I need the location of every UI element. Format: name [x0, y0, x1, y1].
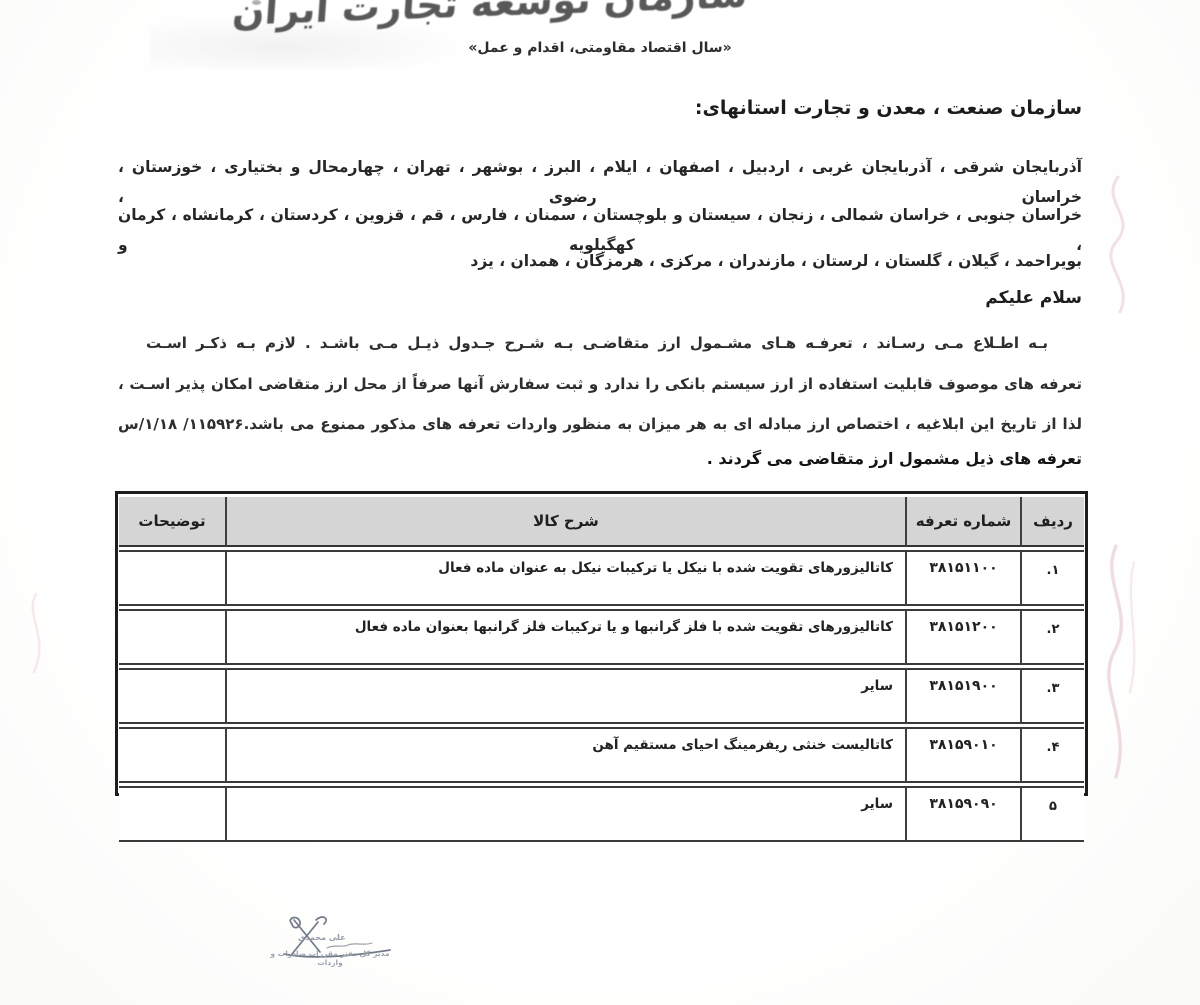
letterhead-motto: «سال اقتصاد مقاومتی، اقدام و عمل»	[118, 40, 1082, 56]
table-header-row: ردیف شماره تعرفه شرح کالا توضیحات	[119, 497, 1084, 547]
tariff-table: ردیف شماره تعرفه شرح کالا توضیحات ۱. ۳۸۱…	[115, 491, 1088, 796]
table-row: ۴. ۳۸۱۵۹۰۱۰ کاتالیست خنثی ریفرمینگ احیای…	[119, 727, 1084, 783]
tariff-no-cell: ۳۸۱۵۹۰۱۰	[905, 727, 1020, 783]
signature-title: مدیر کل دفتر مقررات صادرات و واردات	[270, 949, 390, 967]
notes-cell	[119, 609, 225, 665]
notes-cell	[119, 727, 225, 783]
row-number-cell: ۱.	[1020, 550, 1084, 606]
notes-cell	[119, 668, 225, 724]
table-row: ۳. ۳۸۱۵۱۹۰۰ سایر	[119, 668, 1084, 724]
org-heading: سازمان صنعت ، معدن و تجارت استانهای:	[118, 97, 1082, 119]
description-cell: کاتالیست خنثی ریفرمینگ احیای مستقیم آهن	[225, 727, 905, 783]
description-cell: سایر	[225, 786, 905, 842]
row-number-cell: ۵	[1020, 786, 1084, 842]
scan-artifact-right-top	[1090, 172, 1150, 317]
row-number-cell: ۲.	[1020, 609, 1084, 665]
tariff-no-cell: ۳۸۱۵۱۲۰۰	[905, 609, 1020, 665]
notes-cell	[119, 786, 225, 842]
table-row: ۵ ۳۸۱۵۹۰۹۰ سایر	[119, 786, 1084, 842]
signature-name: علی محمدی	[298, 933, 346, 942]
table-row: ۱. ۳۸۱۵۱۱۰۰ کاتالیزورهای تقویت شده با نی…	[119, 550, 1084, 606]
scan-artifact-right-mid	[1086, 542, 1148, 782]
body-line-1: بـه اطـلاع مـی رسـاند ، تعرفـه هـای مشـم…	[118, 330, 1082, 356]
row-number-cell: ۳.	[1020, 668, 1084, 724]
col-header-description: شرح کالا	[225, 497, 905, 547]
body-line-3: لذا از تاریخ این ابلاغیه ، اختصاص ارز مب…	[118, 411, 1082, 437]
scan-artifact-left	[16, 588, 60, 678]
table-intro: تعرفه های ذیل مشمول ارز متقاضی می گردند …	[118, 449, 1082, 468]
tariff-no-cell: ۳۸۱۵۱۹۰۰	[905, 668, 1020, 724]
col-header-row: ردیف	[1020, 497, 1084, 547]
description-cell: سایر	[225, 668, 905, 724]
scanned-letter-page: سازمان توسعه تجارت ایران «سال اقتصاد مقا…	[0, 0, 1200, 1005]
letterhead-script: سازمان توسعه تجارت ایران	[407, 0, 750, 28]
col-header-tariff-no: شماره تعرفه	[905, 497, 1020, 547]
salutation: سلام علیکم	[118, 288, 1082, 308]
provinces-line-3: بویراحمد ، گیلان ، گلستان ، لرستان ، ماز…	[118, 246, 1082, 276]
notes-cell	[119, 550, 225, 606]
description-cell: کاتالیزورهای تقویت شده با نیکل یا ترکیبا…	[225, 550, 905, 606]
body-line-2: تعرفه های موصوف قابلیت استفاده از ارز سی…	[118, 371, 1082, 397]
table-row: ۲. ۳۸۱۵۱۲۰۰ کاتالیزورهای تقویت شده با فل…	[119, 609, 1084, 665]
tariff-no-cell: ۳۸۱۵۹۰۹۰	[905, 786, 1020, 842]
row-number-cell: ۴.	[1020, 727, 1084, 783]
tariff-no-cell: ۳۸۱۵۱۱۰۰	[905, 550, 1020, 606]
col-header-notes: توضیحات	[119, 497, 225, 547]
description-cell: کاتالیزورهای تقویت شده با فلز گرانبها و …	[225, 609, 905, 665]
